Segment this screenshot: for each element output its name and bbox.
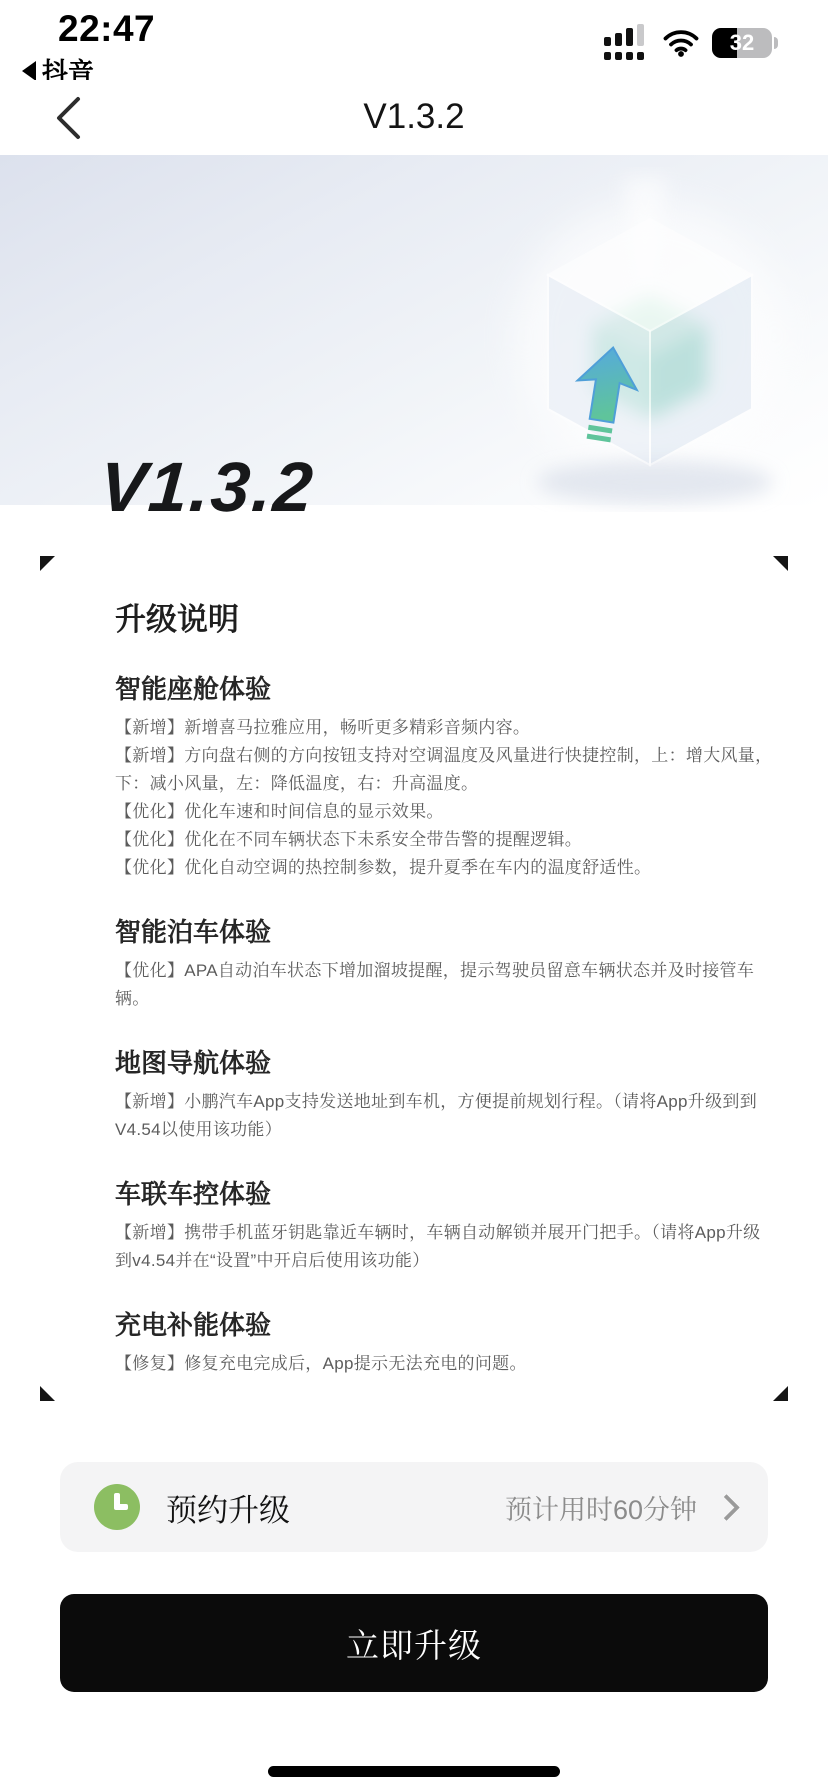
note-item: 【修复】修复充电完成后，App提示无法充电的问题。 — [115, 1350, 775, 1378]
section-title: 充电补能体验 — [115, 1305, 775, 1342]
back-to-app-arrow-icon — [22, 61, 36, 81]
schedule-upgrade-row[interactable]: 预约升级 预计用时60分钟 — [60, 1462, 768, 1552]
note-item: 【优化】优化在不同车辆状态下未系安全带告警的提醒逻辑。 — [115, 826, 775, 854]
schedule-upgrade-label: 预约升级 — [166, 1485, 290, 1530]
cellular-signal-icon — [603, 24, 650, 61]
note-item: 【优化】APA自动泊车状态下增加溜坡提醒，提示驾驶员留意车辆状态并及时接管车辆。 — [115, 957, 775, 1013]
status-icons: 32 — [603, 24, 778, 61]
chevron-left-icon[interactable] — [52, 96, 86, 140]
release-note-sections: 智能座舱体验【新增】新增喜马拉雅应用，畅听更多精彩音频内容。【新增】方向盘右侧的… — [115, 669, 775, 1378]
section-title: 车联车控体验 — [115, 1174, 775, 1211]
note-item: 【新增】方向盘右侧的方向按钮支持对空调温度及风量进行快捷控制，上：增大风量，下：… — [115, 742, 775, 798]
note-item: 【新增】携带手机蓝牙钥匙靠近车辆时，车辆自动解锁并展开门把手。（请将App升级到… — [115, 1219, 775, 1275]
estimated-duration: 预计用时60分钟 — [505, 1488, 697, 1527]
nav-bar: V1.3.2 — [0, 80, 828, 154]
battery-percent: 32 — [712, 28, 772, 58]
status-time: 22:47 — [58, 8, 155, 50]
note-item: 【优化】优化车速和时间信息的显示效果。 — [115, 798, 775, 826]
section-title: 智能座舱体验 — [115, 669, 775, 706]
home-indicator[interactable] — [268, 1766, 560, 1777]
notes-heading: 升级说明 — [115, 594, 775, 639]
app-screen: 22:47 抖音 32 V1.3 — [0, 0, 828, 1792]
page-title: V1.3.2 — [0, 80, 828, 154]
hero-banner: V1.3.2 — [0, 155, 828, 505]
wifi-icon — [663, 29, 699, 57]
release-notes: 升级说明 智能座舱体验【新增】新增喜马拉雅应用，畅听更多精彩音频内容。【新增】方… — [115, 594, 775, 1378]
battery-icon: 32 — [712, 28, 772, 58]
frame-corner-top-left — [40, 556, 55, 571]
frame-corner-top-right — [773, 556, 788, 571]
release-note-section: 充电补能体验【修复】修复充电完成后，App提示无法充电的问题。 — [115, 1305, 775, 1378]
release-note-section: 智能泊车体验【优化】APA自动泊车状态下增加溜坡提醒，提示驾驶员留意车辆状态并及… — [115, 912, 775, 1013]
release-note-section: 地图导航体验【新增】小鹏汽车App支持发送地址到车机，方便提前规划行程。（请将A… — [115, 1043, 775, 1144]
release-note-section: 智能座舱体验【新增】新增喜马拉雅应用，畅听更多精彩音频内容。【新增】方向盘右侧的… — [115, 669, 775, 882]
battery-nub — [774, 37, 778, 49]
battery-indicator: 32 — [712, 28, 778, 58]
frame-corner-bottom-right — [773, 1386, 788, 1401]
frame-corner-bottom-left — [40, 1386, 55, 1401]
hero-version-text: V1.3.2 — [97, 447, 317, 527]
note-item: 【新增】小鹏汽车App支持发送地址到车机，方便提前规划行程。（请将App升级到到… — [115, 1088, 775, 1144]
release-note-section: 车联车控体验【新增】携带手机蓝牙钥匙靠近车辆时，车辆自动解锁并展开门把手。（请将… — [115, 1174, 775, 1275]
section-title: 地图导航体验 — [115, 1043, 775, 1080]
section-title: 智能泊车体验 — [115, 912, 775, 949]
note-item: 【优化】优化自动空调的热控制参数，提升夏季在车内的温度舒适性。 — [115, 854, 775, 882]
note-item: 【新增】新增喜马拉雅应用，畅听更多精彩音频内容。 — [115, 714, 775, 742]
upgrade-now-button[interactable]: 立即升级 — [60, 1594, 768, 1692]
clock-icon — [94, 1484, 140, 1530]
chevron-right-icon[interactable] — [713, 1494, 740, 1521]
upgrade-cube-graphic — [455, 167, 815, 512]
schedule-right: 预计用时60分钟 — [505, 1488, 736, 1527]
